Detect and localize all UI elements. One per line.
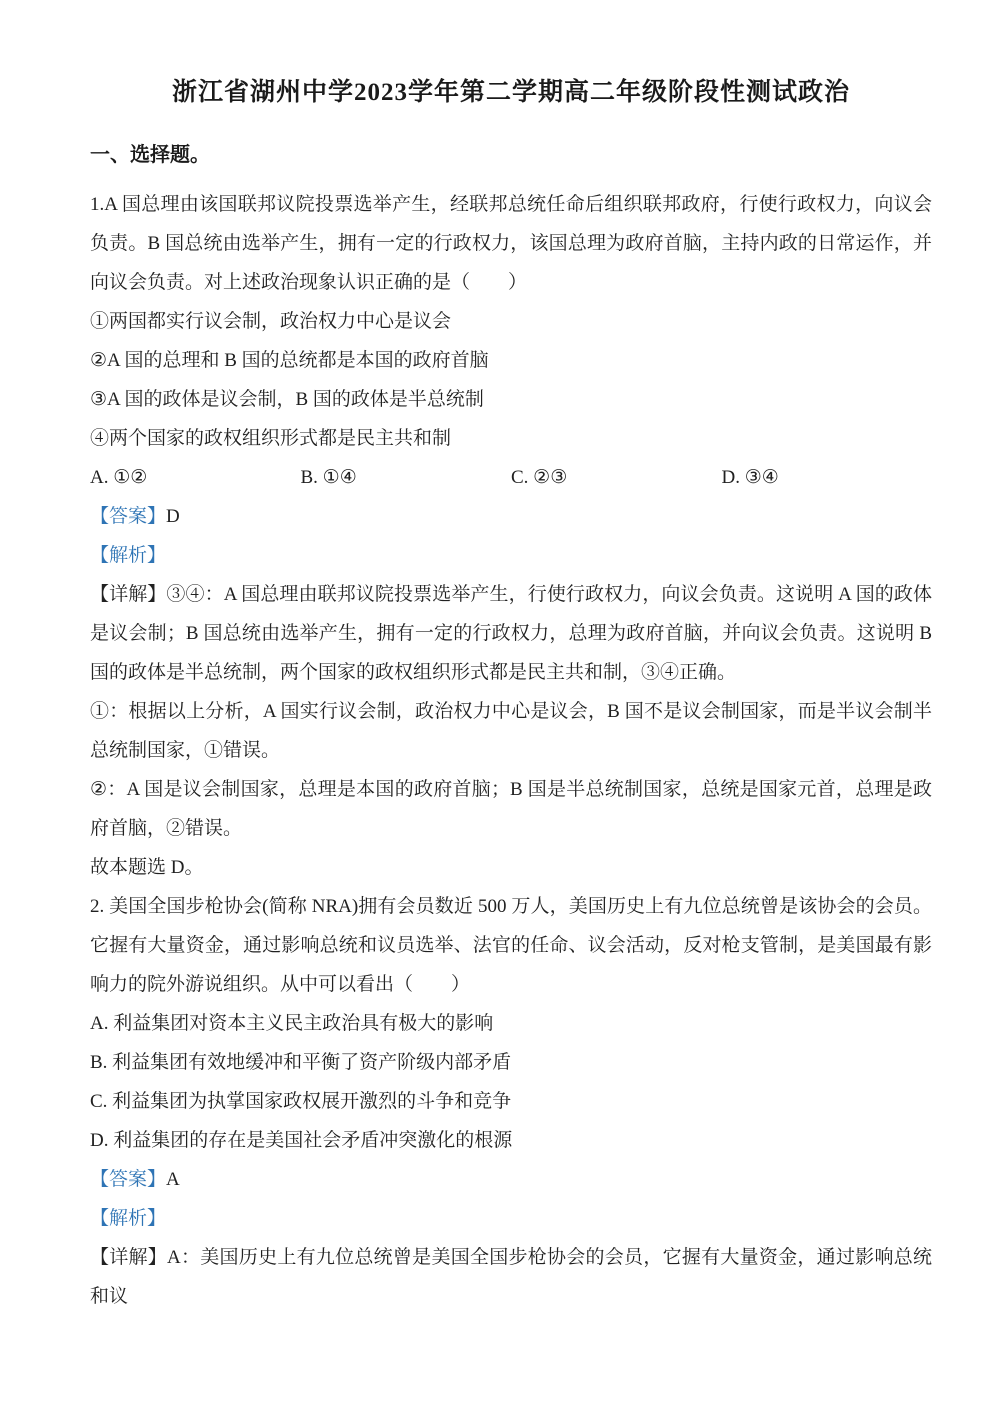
q1-statement-2: ②A 国的总理和 B 国的总统都是本国的政府首脑 xyxy=(90,341,932,380)
q1-answer-line: 【答案】D xyxy=(90,497,932,536)
q2-analysis-line: 【解析】 xyxy=(90,1199,932,1238)
q1-statement-4: ④两个国家的政权组织形式都是民主共和制 xyxy=(90,419,932,458)
q2-analysis-label: 【解析】 xyxy=(90,1208,166,1229)
section-heading: 一、选择题。 xyxy=(90,138,932,167)
q2-answer-value: A xyxy=(166,1169,180,1190)
q1-choice-a: A. ①② xyxy=(90,458,301,497)
q1-choice-c: C. ②③ xyxy=(511,458,722,497)
q1-choice-b: B. ①④ xyxy=(301,458,512,497)
q2-choice-a: A. 利益集团对资本主义民主政治具有极大的影响 xyxy=(90,1004,932,1043)
question-2: 2. 美国全国步枪协会(简称 NRA)拥有会员数近 500 万人，美国历史上有九… xyxy=(90,887,932,1316)
q1-answer-value: D xyxy=(166,506,180,527)
q1-answer-label: 【答案】 xyxy=(90,506,166,527)
q1-stem: 1.A 国总理由该国联邦议院投票选举产生，经联邦总统任命后组织联邦政府，行使行政… xyxy=(90,185,932,302)
q2-explain-p1: 【详解】A：美国历史上有九位总统曾是美国全国步枪协会的会员，它握有大量资金，通过… xyxy=(90,1238,932,1316)
q2-answer-line: 【答案】A xyxy=(90,1160,932,1199)
exam-document-page: 浙江省湖州中学2023学年第二学期高二年级阶段性测试政治 一、选择题。 1.A … xyxy=(0,0,1000,1414)
question-1: 1.A 国总理由该国联邦议院投票选举产生，经联邦总统任命后组织联邦政府，行使行政… xyxy=(90,185,932,887)
q2-stem: 2. 美国全国步枪协会(简称 NRA)拥有会员数近 500 万人，美国历史上有九… xyxy=(90,887,932,1004)
q1-explain-p2: ①：根据以上分析，A 国实行议会制，政治权力中心是议会，B 国不是议会制国家，而… xyxy=(90,692,932,770)
q2-choice-b: B. 利益集团有效地缓冲和平衡了资产阶级内部矛盾 xyxy=(90,1043,932,1082)
q2-choice-c: C. 利益集团为执掌国家政权展开激烈的斗争和竞争 xyxy=(90,1082,932,1121)
page-title: 浙江省湖州中学2023学年第二学期高二年级阶段性测试政治 xyxy=(90,72,932,108)
q1-choice-d: D. ③④ xyxy=(722,458,933,497)
q1-choices-row: A. ①② B. ①④ C. ②③ D. ③④ xyxy=(90,458,932,497)
q1-explain-p4: 故本题选 D。 xyxy=(90,848,932,887)
q1-explain-p3: ②：A 国是议会制国家，总理是本国的政府首脑；B 国是半总统制国家，总统是国家元… xyxy=(90,770,932,848)
q2-choice-d: D. 利益集团的存在是美国社会矛盾冲突激化的根源 xyxy=(90,1121,932,1160)
q1-analysis-label: 【解析】 xyxy=(90,545,166,566)
q1-statement-3: ③A 国的政体是议会制，B 国的政体是半总统制 xyxy=(90,380,932,419)
q1-analysis-line: 【解析】 xyxy=(90,536,932,575)
q1-explain-p1: 【详解】③④：A 国总理由联邦议院投票选举产生，行使行政权力，向议会负责。这说明… xyxy=(90,575,932,692)
q1-statement-1: ①两国都实行议会制，政治权力中心是议会 xyxy=(90,302,932,341)
q2-answer-label: 【答案】 xyxy=(90,1169,166,1190)
